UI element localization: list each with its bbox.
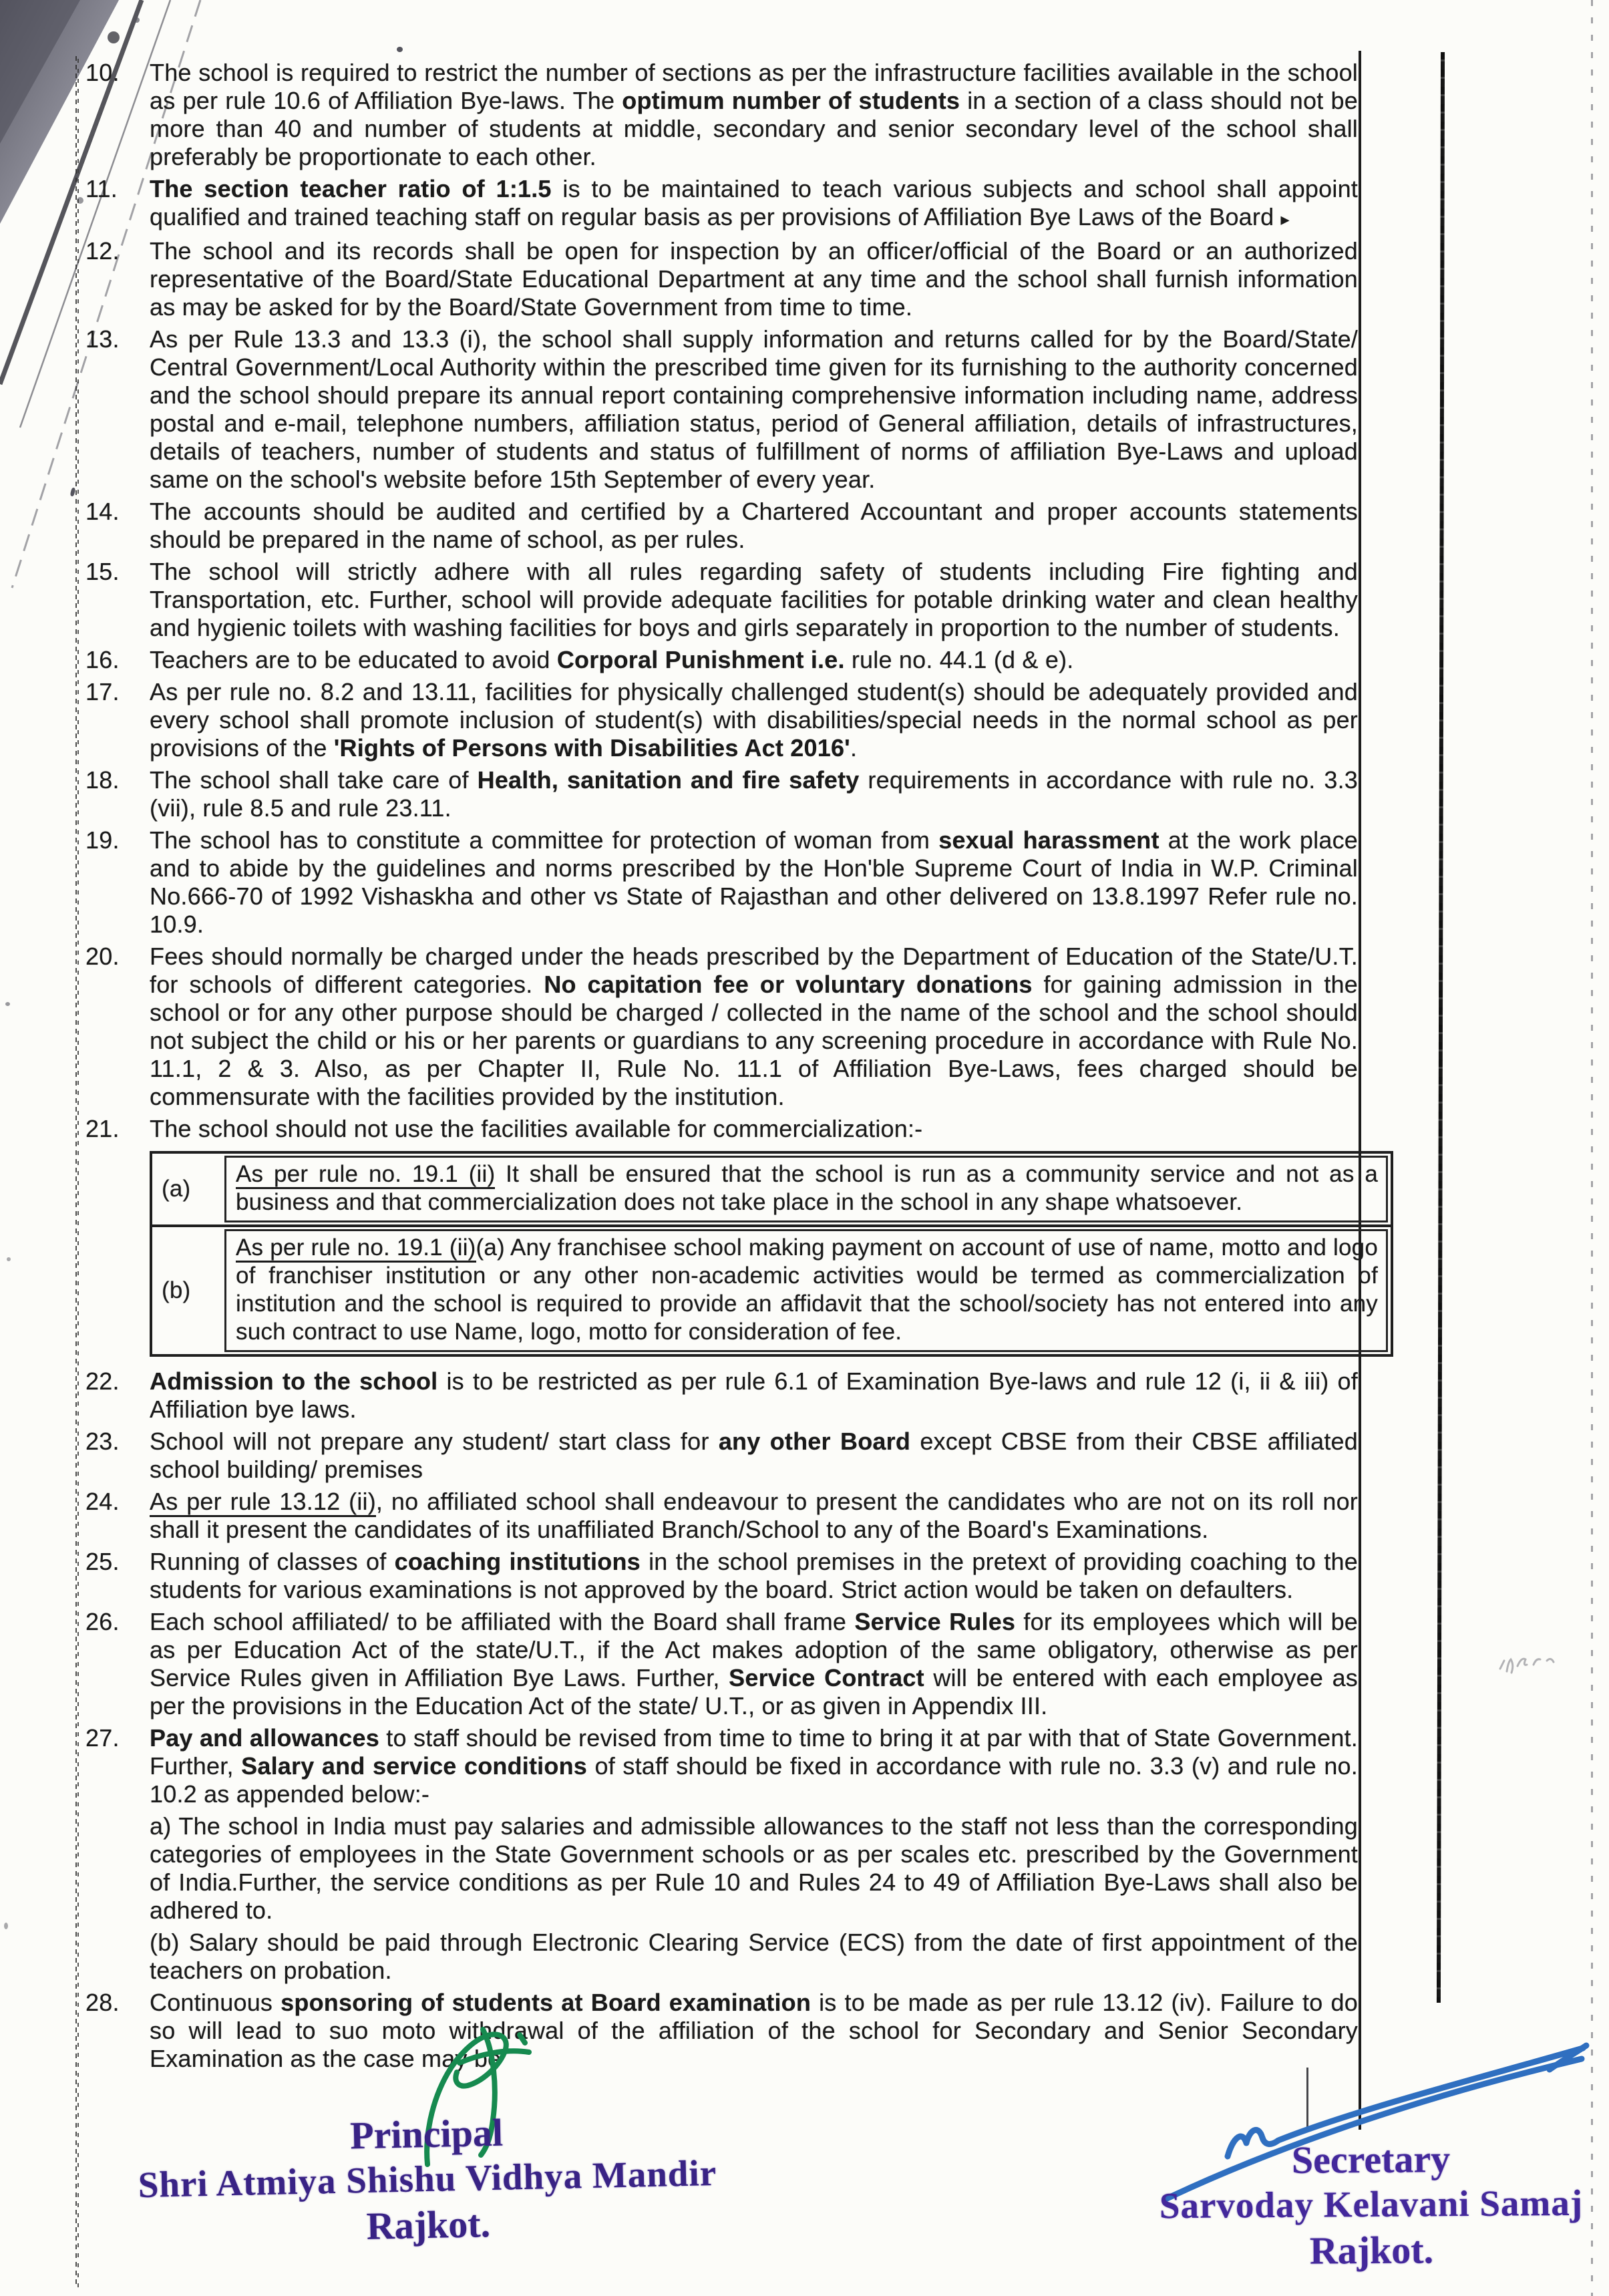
text-run: (b) Salary should be paid through Electr…: [150, 1929, 1358, 1984]
text-run: Teachers are to be educated to avoid: [150, 646, 557, 673]
scanned-document-page: 10.The school is required to restrict th…: [0, 0, 1609, 2296]
item-number: [85, 1812, 150, 1925]
item-text: The school and its records shall be open…: [150, 237, 1358, 321]
text-run: No capitation fee or voluntary donations: [544, 971, 1032, 998]
text-run: The school has to constitute a committee…: [150, 826, 938, 854]
text-run: any other Board: [719, 1428, 910, 1455]
numbered-item: 22.Admission to the school is to be rest…: [85, 1367, 1358, 1424]
numbered-item: 20.Fees should normally be charged under…: [85, 943, 1358, 1111]
sub-paragraph: (b) Salary should be paid through Electr…: [85, 1929, 1358, 1985]
item-text: Teachers are to be educated to avoid Cor…: [150, 646, 1358, 674]
numbered-item: 25.Running of classes of coaching instit…: [85, 1548, 1358, 1604]
item-text: The school will strictly adhere with all…: [150, 558, 1358, 642]
item-number: 28.: [85, 1989, 150, 2073]
text-run: coaching institutions: [395, 1548, 641, 1575]
item-number: 27.: [85, 1724, 150, 1808]
text-run: Health, sanitation and fire safety: [478, 766, 860, 794]
numbered-item: 23.School will not prepare any student/ …: [85, 1428, 1358, 1484]
text-run: sponsoring of students at Board examinat…: [281, 1989, 811, 2016]
text-run: The school will strictly adhere with all…: [150, 558, 1358, 641]
item-number: 23.: [85, 1428, 150, 1484]
item-text: The accounts should be audited and certi…: [150, 498, 1358, 554]
scan-speck: [4, 1923, 8, 1929]
numbered-item: 15.The school will strictly adhere with …: [85, 558, 1358, 642]
item-number: 12.: [85, 237, 150, 321]
table-row: (a)As per rule no. 19.1 (ii) It shall be…: [152, 1154, 1391, 1224]
text-run: Continuous: [150, 1989, 281, 2016]
secretary-stamp-title: Secretary: [1137, 2136, 1604, 2184]
item-text: Each school affiliated/ to be affiliated…: [150, 1608, 1358, 1720]
item-number: 14.: [85, 498, 150, 554]
pencil-smudge: [1495, 1649, 1575, 1678]
item-number: 20.: [85, 943, 150, 1111]
numbered-item: 26.Each school affiliated/ to be affilia…: [85, 1608, 1358, 1720]
item-text: Admission to the school is to be restric…: [150, 1367, 1358, 1424]
item-text: The school shall take care of Health, sa…: [150, 766, 1358, 822]
numbered-item: 27.Pay and allowances to staff should be…: [85, 1724, 1358, 1808]
numbered-item: 10.The school is required to restrict th…: [85, 59, 1358, 171]
row-text: As per rule no. 19.1 (ii) It shall be en…: [224, 1156, 1388, 1222]
right-border-line: [1359, 51, 1361, 2130]
item-text: The school has to constitute a committee…: [150, 826, 1358, 939]
row-label: (b): [152, 1227, 224, 1354]
item-number: 17.: [85, 678, 150, 762]
numbered-item: 19.The school has to constitute a commit…: [85, 826, 1358, 939]
text-run: Service Rules: [854, 1608, 1015, 1635]
item-text: (b) Salary should be paid through Electr…: [150, 1929, 1358, 1985]
item-text: As per rule 13.12 (ii), no affiliated sc…: [150, 1488, 1358, 1544]
numbered-item: 17.As per rule no. 8.2 and 13.11, facili…: [85, 678, 1358, 762]
text-run: School will not prepare any student/ sta…: [150, 1428, 719, 1455]
item-number: [85, 1929, 150, 1985]
left-margin-dotted-line: [75, 56, 79, 2287]
text-run: The school shall take care of: [150, 766, 478, 794]
item-text: The section teacher ratio of 1:1.5 is to…: [150, 175, 1358, 233]
principal-stamp: Principal Shri Atmiya Shishu Vidhya Mand…: [99, 2106, 756, 2255]
text-run: Running of classes of: [150, 1548, 395, 1575]
text-run: a) The school in India must pay salaries…: [150, 1812, 1358, 1924]
text-run: Admission to the school: [150, 1367, 437, 1395]
text-run: Salary and service conditions: [241, 1752, 587, 1780]
text-run: 'Rights of Persons with Disabilities Act…: [334, 734, 850, 762]
item-text: Continuous sponsoring of students at Boa…: [150, 1989, 1358, 2073]
item-text: Running of classes of coaching instituti…: [150, 1548, 1358, 1604]
item-number: 22.: [85, 1367, 150, 1424]
text-run: As per rule 13.12 (ii): [150, 1488, 376, 1517]
numbered-item: 18.The school shall take care of Health,…: [85, 766, 1358, 822]
row-text: As per rule no. 19.1 (ii)(a) Any franchi…: [224, 1229, 1388, 1352]
text-run: The section teacher ratio of 1:1.5: [150, 175, 552, 202]
item-text: Pay and allowances to staff should be re…: [150, 1724, 1358, 1808]
item-number: 18.: [85, 766, 150, 822]
text-run: The school and its records shall be open…: [150, 237, 1358, 321]
text-run: Corporal Punishment i.e.: [557, 646, 845, 673]
numbered-item: 28.Continuous sponsoring of students at …: [85, 1989, 1358, 2073]
text-run: The accounts should be audited and certi…: [150, 498, 1358, 553]
sub-paragraph: a) The school in India must pay salaries…: [85, 1812, 1358, 1925]
text-run: Pay and allowances: [150, 1724, 379, 1752]
numbered-item: 12.The school and its records shall be o…: [85, 237, 1358, 321]
text-run: The school should not use the facilities…: [150, 1115, 922, 1142]
item-text: a) The school in India must pay salaries…: [150, 1812, 1358, 1925]
numbered-item: 13.As per Rule 13.3 and 13.3 (i), the sc…: [85, 325, 1358, 494]
text-run: rule no. 44.1 (d & e).: [845, 646, 1074, 673]
scan-speck: [7, 1257, 11, 1261]
item-number: 11.: [85, 175, 150, 233]
conditions-list: 10.The school is required to restrict th…: [85, 59, 1358, 2073]
right-rough-scan-line: [1437, 52, 1445, 2003]
item-number: 19.: [85, 826, 150, 939]
item-text: School will not prepare any student/ sta…: [150, 1428, 1358, 1484]
secretary-stamp-org: Sarvoday Kelavani Samaj: [1137, 2180, 1605, 2229]
text-run: As per rule no. 19.1 (ii): [236, 1161, 495, 1189]
secretary-stamp: Secretary Sarvoday Kelavani Samaj Rajkot…: [1137, 2136, 1605, 2276]
item-number: 21.: [85, 1115, 150, 1143]
numbered-item: 16.Teachers are to be educated to avoid …: [85, 646, 1358, 674]
item-number: 10.: [85, 59, 150, 171]
numbered-item: 11.The section teacher ratio of 1:1.5 is…: [85, 175, 1358, 233]
document-body: 10.The school is required to restrict th…: [85, 59, 1358, 2077]
item-number: 13.: [85, 325, 150, 494]
text-run: Service Contract: [729, 1664, 924, 1691]
table-item: (a)As per rule no. 19.1 (ii) It shall be…: [85, 1147, 1358, 1363]
item-text: The school is required to restrict the n…: [150, 59, 1358, 171]
row-label: (a): [152, 1154, 224, 1224]
text-run: Each school affiliated/ to be affiliated…: [150, 1608, 854, 1635]
numbered-item: 21.The school should not use the facilit…: [85, 1115, 1358, 1143]
text-run: .: [850, 734, 857, 762]
text-run: As per Rule 13.3 and 13.3 (i), the schoo…: [150, 325, 1358, 493]
commercialization-table: (a)As per rule no. 19.1 (ii) It shall be…: [150, 1151, 1393, 1357]
text-run: sexual harassment: [938, 826, 1159, 854]
item-text: The school should not use the facilities…: [150, 1115, 1358, 1143]
item-text: As per rule no. 8.2 and 13.11, facilitie…: [150, 678, 1358, 762]
secretary-stamp-city: Rajkot.: [1137, 2226, 1605, 2276]
numbered-item: 24.As per rule 13.12 (ii), no affiliated…: [85, 1488, 1358, 1544]
text-run: optimum number of students: [622, 87, 960, 114]
item-number: 24.: [85, 1488, 150, 1544]
item-number: 15.: [85, 558, 150, 642]
text-run: As per rule no. 19.1 (ii): [236, 1235, 476, 1263]
item-text: Fees should normally be charged under th…: [150, 943, 1358, 1111]
text-run: ▸: [1281, 209, 1290, 229]
scan-speck: [70, 487, 76, 496]
right-faint-edge-line: [1591, 0, 1593, 2296]
scan-speck: [5, 1002, 10, 1006]
item-number: 16.: [85, 646, 150, 674]
numbered-item: 14.The accounts should be audited and ce…: [85, 498, 1358, 554]
item-number: 26.: [85, 1608, 150, 1720]
item-text: As per Rule 13.3 and 13.3 (i), the schoo…: [150, 325, 1358, 494]
scan-speck: [397, 47, 403, 52]
item-number: 25.: [85, 1548, 150, 1604]
item-number: [85, 1147, 150, 1363]
table-row: (b)As per rule no. 19.1 (ii)(a) Any fran…: [152, 1224, 1391, 1354]
